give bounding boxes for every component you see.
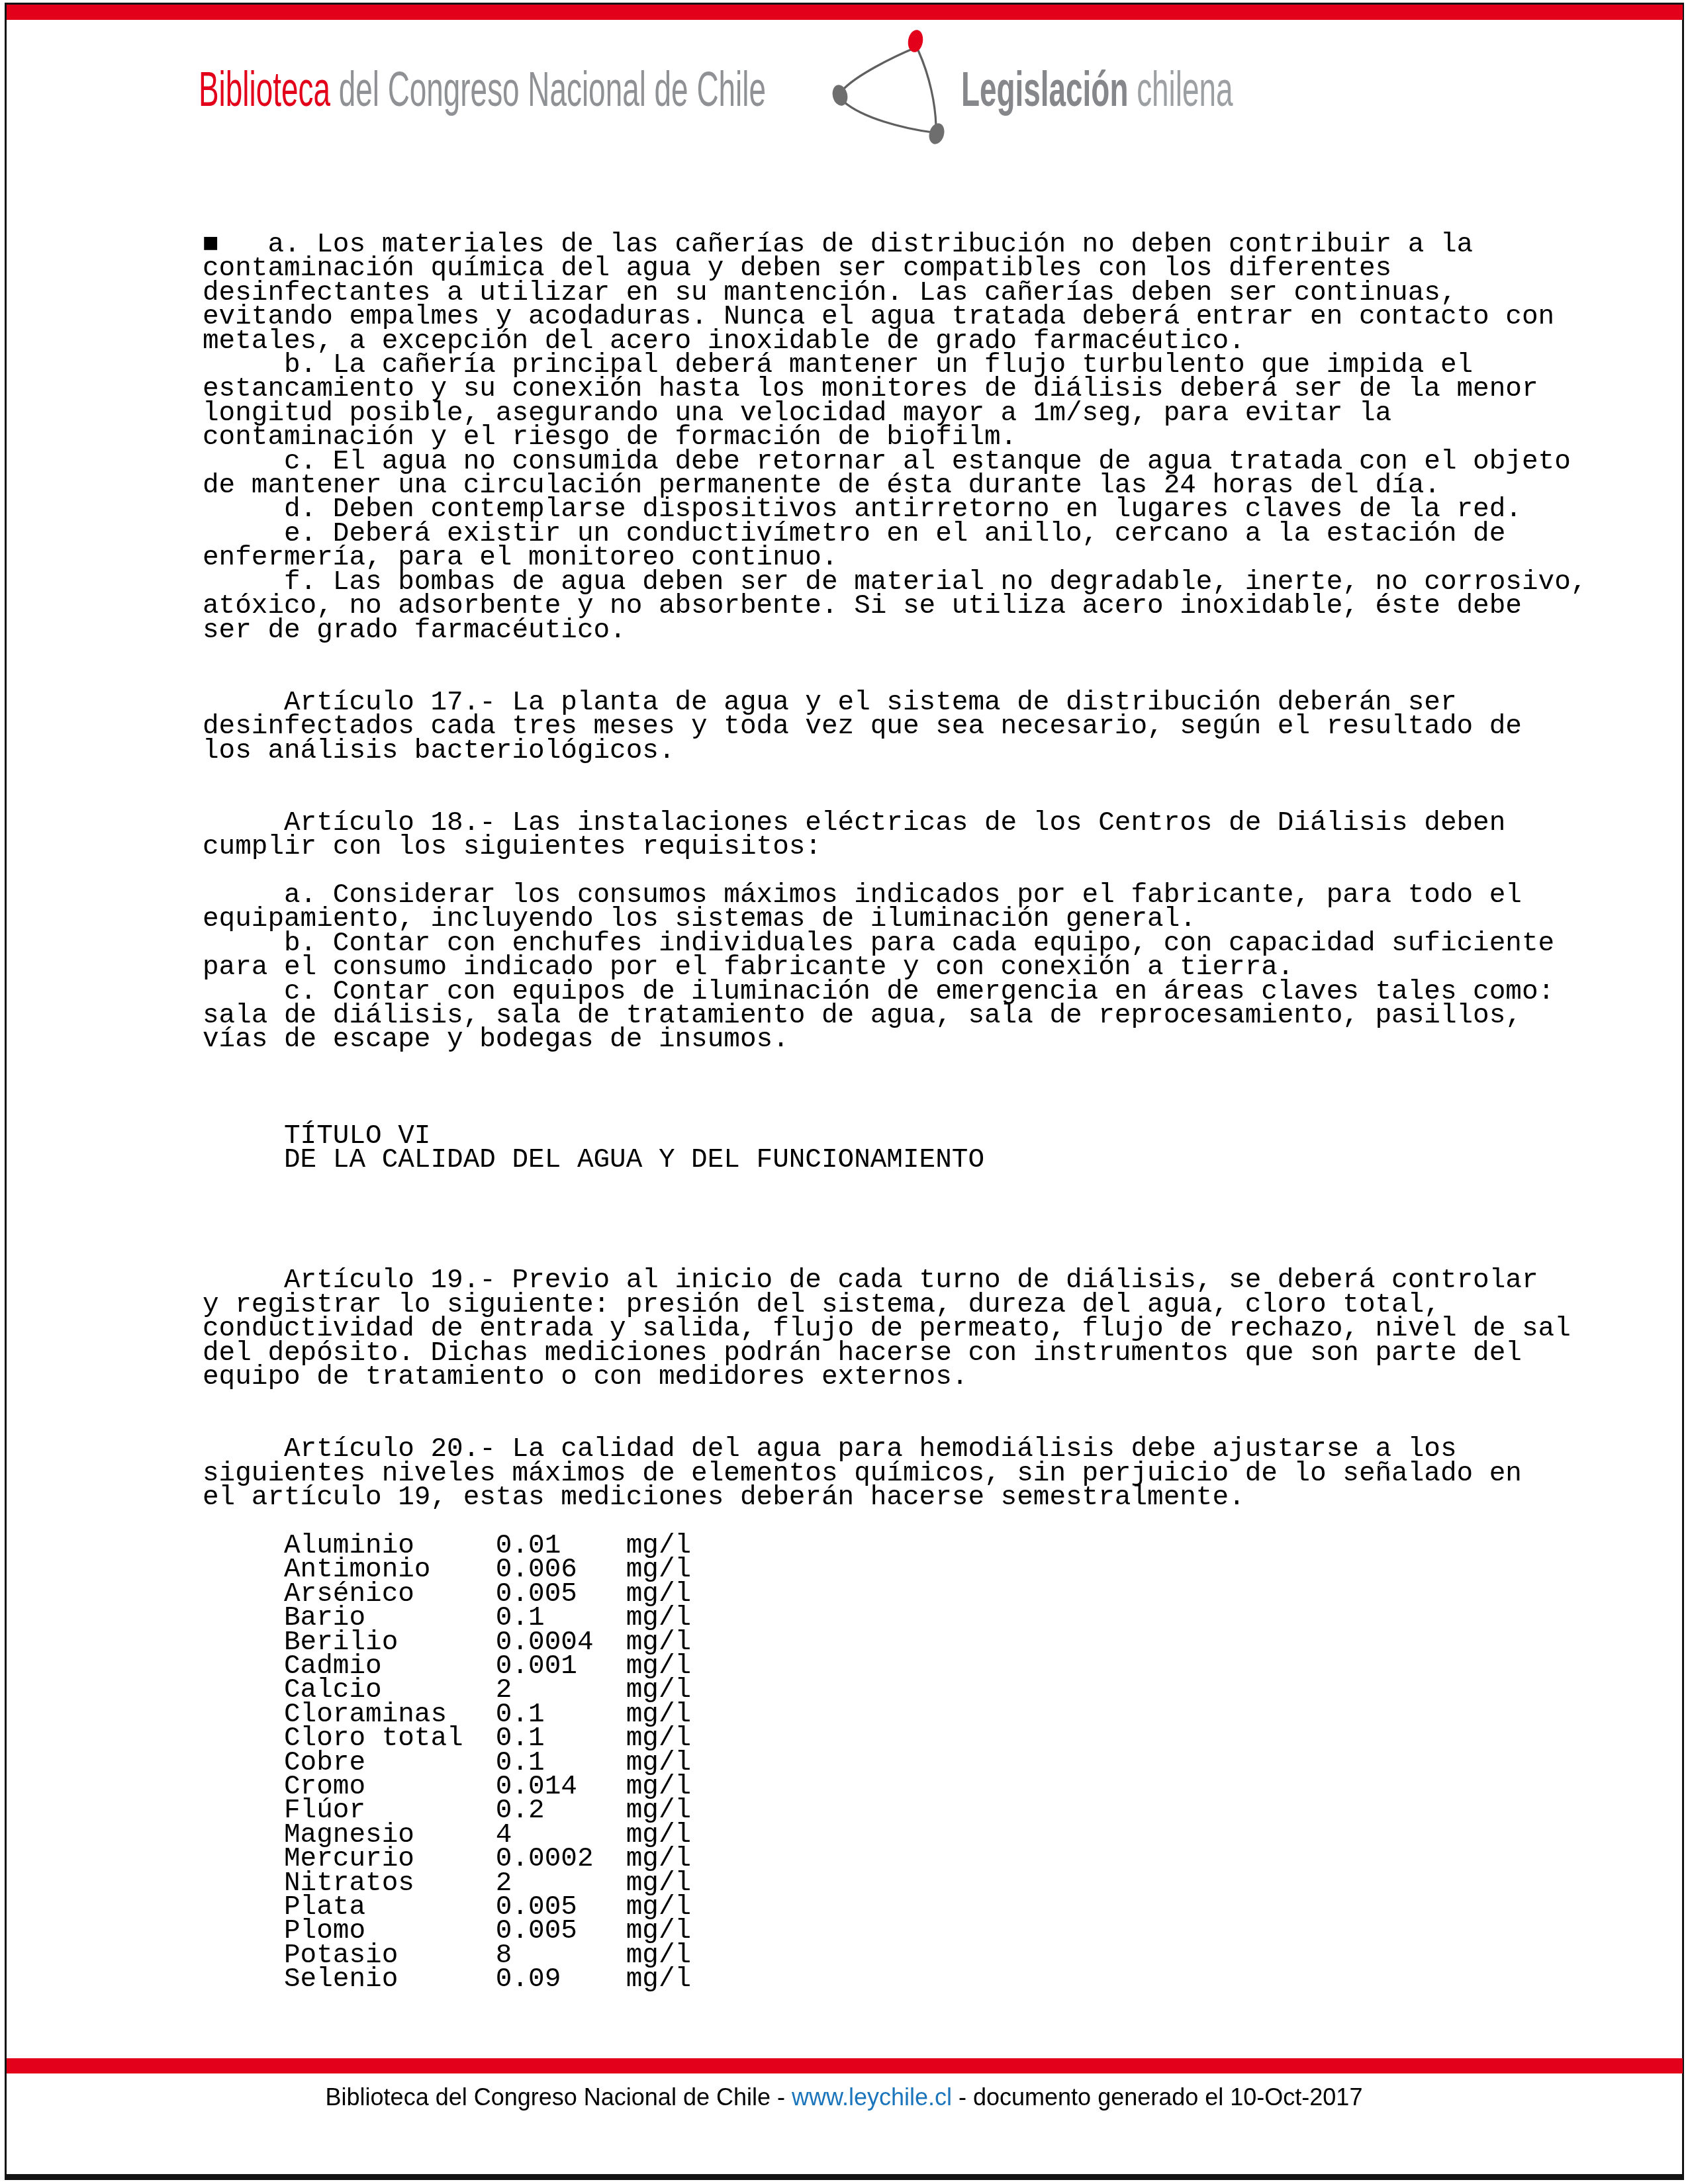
legislacion-chilena-wordmark: Legislación chilena — [961, 60, 1233, 119]
brand-biblioteca: Biblioteca — [199, 62, 330, 116]
footer-text-post: - documento generado el 10-Oct-2017 — [952, 2083, 1362, 2111]
logo-node-gray-bottom — [927, 122, 947, 146]
footer-text-pre: Biblioteca del Congreso Nacional de Chil… — [326, 2083, 792, 2111]
top-red-bar — [7, 5, 1683, 20]
document-text: ■ a. Los materiales de las cañerías de d… — [203, 233, 1587, 1992]
footer-line: Biblioteca del Congreso Nacional de Chil… — [0, 2083, 1688, 2111]
leychile-link[interactable]: www.leychile.cl — [792, 2083, 952, 2111]
bottom-red-bar — [7, 2058, 1683, 2073]
chilena-label: chilena — [1128, 62, 1233, 116]
brand-congreso: del Congreso Nacional de Chile — [330, 62, 766, 116]
document-page: Biblioteca del Congreso Nacional de Chil… — [0, 0, 1688, 2184]
legislacion-label: Legislación — [961, 62, 1128, 116]
brand-wordmark: Biblioteca del Congreso Nacional de Chil… — [199, 60, 766, 119]
bcn-triangle-logo-icon — [819, 26, 958, 152]
